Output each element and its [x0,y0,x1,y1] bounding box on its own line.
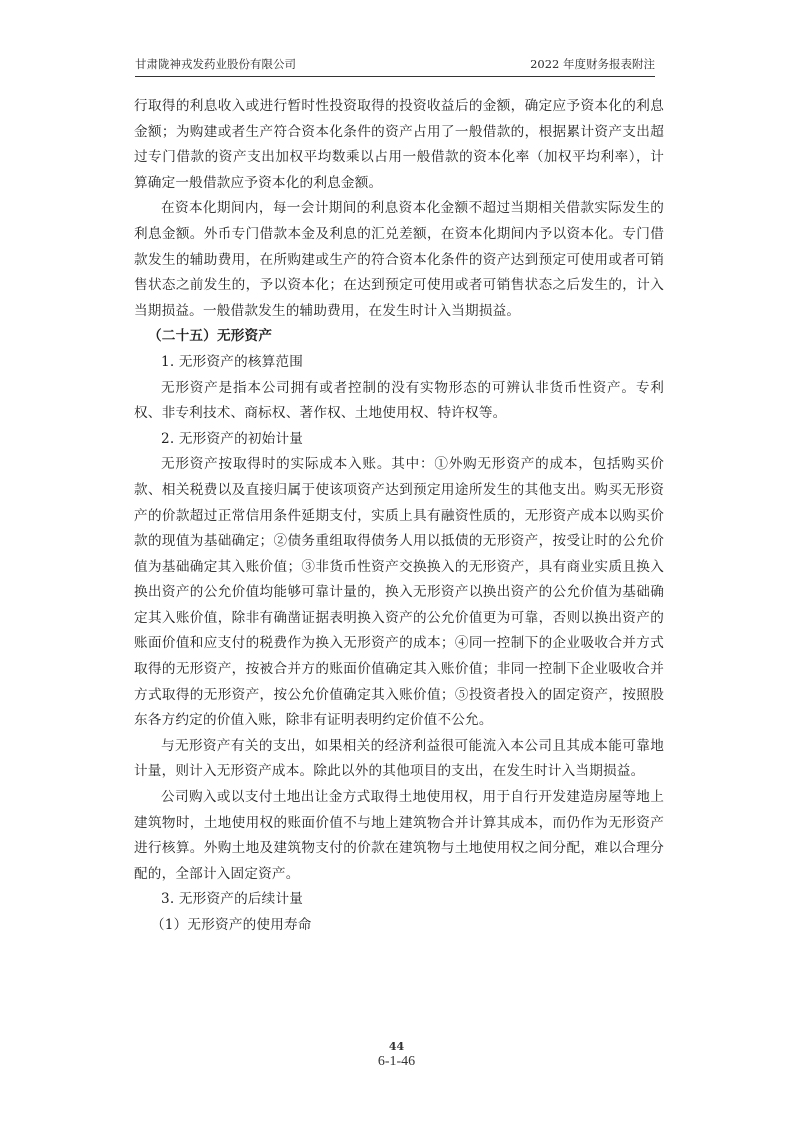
paragraph-initial-measurement: 无形资产按取得时的实际成本入账。其中：①外购无形资产的成本，包括购买价款、相关税… [134,452,664,734]
section-heading-intangible-assets: （二十五）无形资产 [134,324,664,350]
paragraph-land-use-rights: 公司购入或以支付土地出让金方式取得土地使用权，用于自行开发建造房屋等地上建筑物时… [134,785,664,887]
subheading-subsequent-measurement: 3. 无形资产的后续计量 [134,887,664,913]
header-company-name: 甘肃陇神戎发药业股份有限公司 [135,56,296,72]
subheading-initial-measurement: 2. 无形资产的初始计量 [134,427,664,453]
paragraph-related-expenditure: 与无形资产有关的支出，如果相关的经济利益很可能流入本公司且其成本能可靠地计量，则… [134,734,664,785]
document-body: 行取得的利息收入或进行暂时性投资取得的投资收益后的金额，确定应予资本化的利息金额… [134,94,664,939]
header-report-title: 2022 年度财务报表附注 [530,56,655,72]
page-header: 甘肃陇神戎发药业股份有限公司 2022 年度财务报表附注 [135,56,655,77]
paragraph-capitalization-period: 在资本化期间内，每一会计期间的利息资本化金额不超过当期相关借款实际发生的利息金额… [134,196,664,324]
paragraph-intangible-definition: 无形资产是指本公司拥有或者控制的没有实物形态的可辨认非货币性资产。专利权、非专利… [134,376,664,427]
page-number: 44 [0,1040,793,1053]
subheading-useful-life: （1）无形资产的使用寿命 [134,913,664,939]
page-code: 6-1-46 [0,1054,793,1070]
subheading-accounting-scope: 1. 无形资产的核算范围 [134,350,664,376]
paragraph-borrowing-costs-continued: 行取得的利息收入或进行暂时性投资取得的投资收益后的金额，确定应予资本化的利息金额… [134,94,664,196]
